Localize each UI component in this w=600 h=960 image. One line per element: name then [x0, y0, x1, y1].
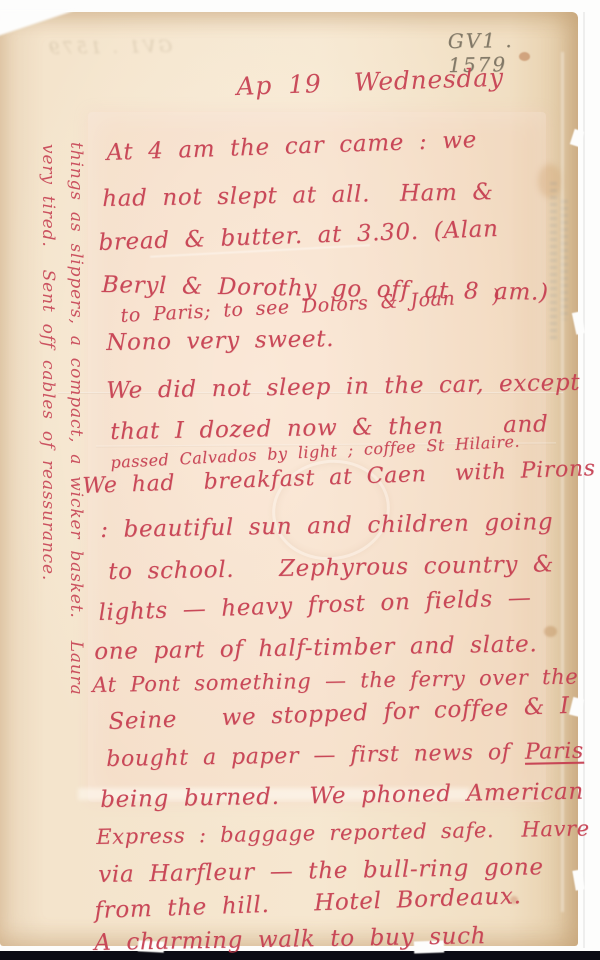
rust-stain — [544, 626, 557, 637]
margin-note-line: very tired. Sent off cables of reassuran… — [38, 144, 58, 581]
margin-note-line: things as slippers, a compact, a wicker … — [66, 142, 86, 696]
diary-line: from the hill. Hotel Bordeaux. — [94, 883, 522, 924]
date-heading: Ap 19 Wednesday — [236, 63, 504, 101]
diary-line: Express : baggage reported safe. Havre — [96, 816, 590, 849]
mirrored-number-offset: GV1 . 1579 — [46, 37, 172, 59]
diary-line: Nono very sweet. — [106, 326, 334, 356]
reverse-stamp-showthrough — [548, 182, 570, 342]
manuscript-page: GV1 . 1579 GV1 . 1579 Ap 19 Wednesday At… — [0, 12, 578, 946]
corner-fold — [0, 10, 76, 36]
scanned-document: GV1 . 1579 GV1 . 1579 Ap 19 Wednesday At… — [0, 0, 600, 960]
torn-edge-notch — [569, 697, 584, 717]
diary-line: via Harfleur — the bull-ring gone — [98, 854, 544, 888]
underlined-word: Paris — [525, 739, 585, 765]
